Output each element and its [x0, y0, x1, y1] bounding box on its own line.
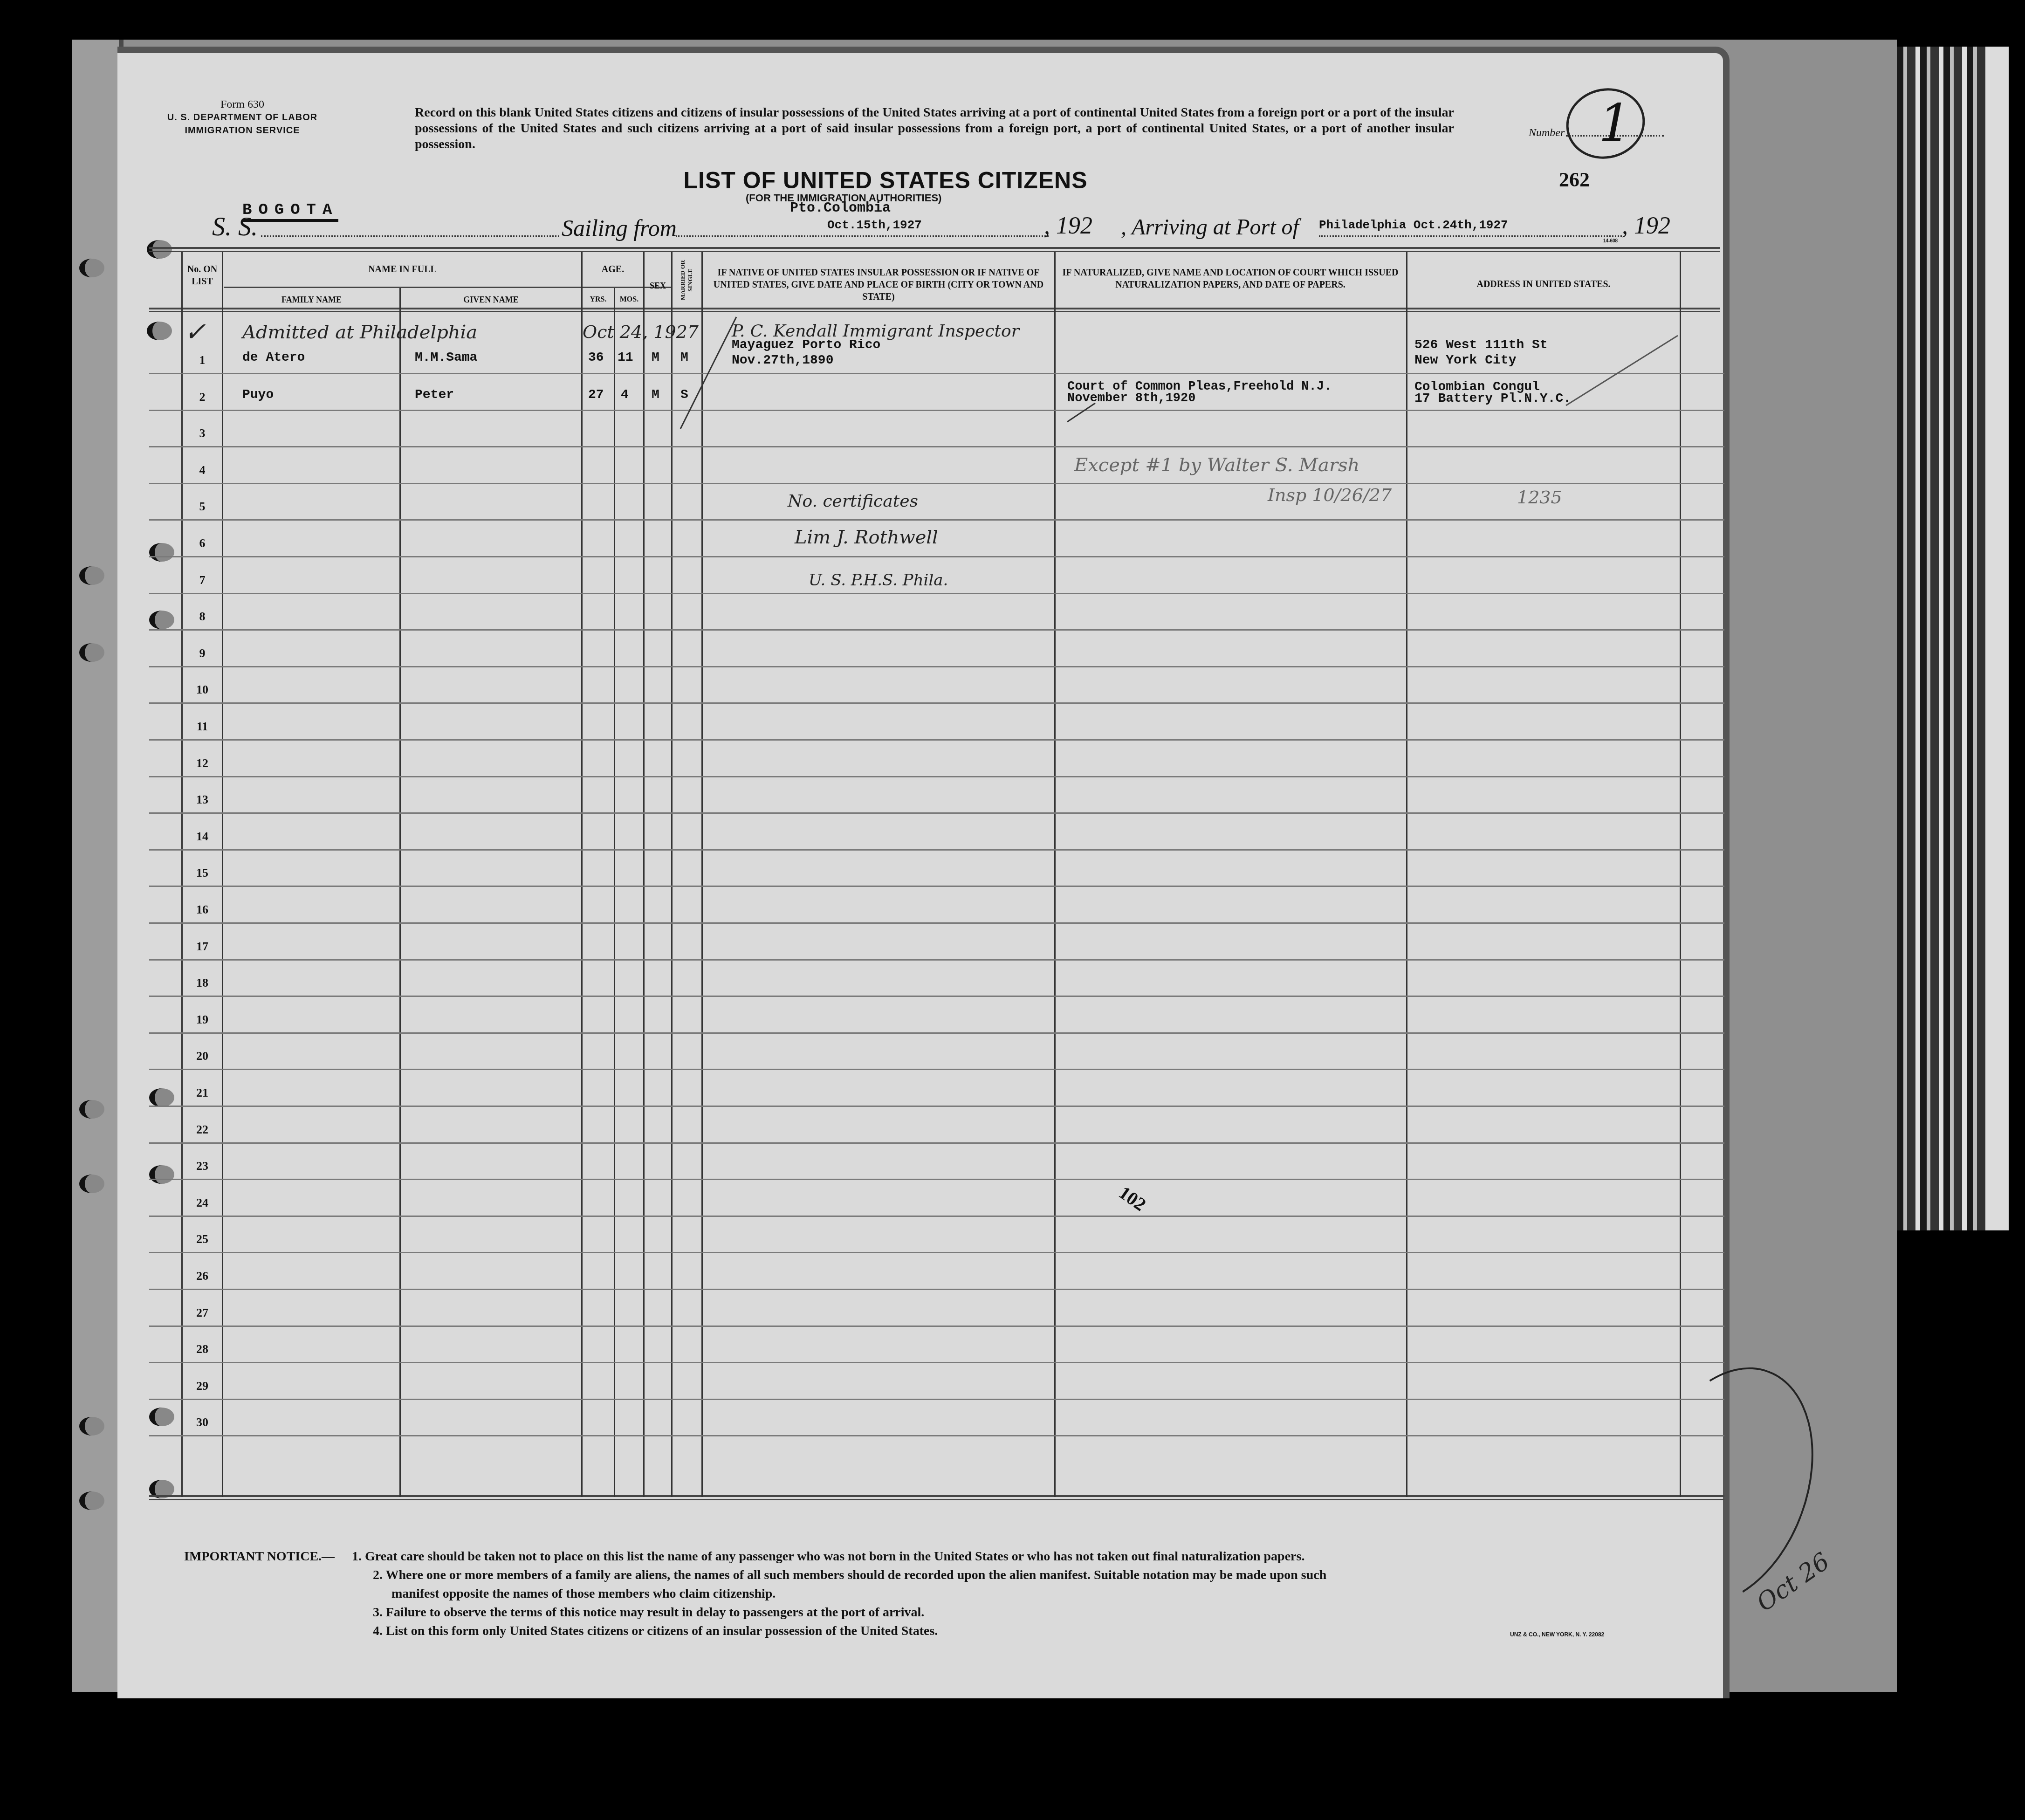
punch-hole-icon [147, 240, 172, 259]
row-number: 3 [181, 426, 223, 440]
row-rule [149, 1399, 1724, 1400]
punch-hole-icon [149, 1408, 174, 1426]
row-2-age-mos: 4 [621, 388, 629, 402]
number-value: 1 [1599, 93, 1631, 153]
punch-hole-icon [79, 1100, 104, 1119]
notice-label: IMPORTANT NOTICE.— [184, 1547, 352, 1566]
row-number: 6 [181, 536, 223, 550]
row-number: 27 [181, 1306, 223, 1320]
row-rule [149, 776, 1724, 777]
exemption-note: Except #1 by Walter S. Marsh [1074, 454, 1359, 476]
sailing-port: Pto.Colombia [790, 200, 891, 216]
service-name: IMMIGRATION SERVICE [158, 124, 326, 137]
punch-hole-icon [149, 1088, 174, 1107]
table-bottom-rule [149, 1499, 1724, 1500]
row-number: 20 [181, 1049, 223, 1063]
header-given-name: GIVEN NAME [401, 294, 581, 306]
sailing-line [676, 235, 1049, 237]
row-rule [149, 1289, 1724, 1290]
row-number: 9 [181, 646, 223, 660]
header-birth: IF NATIVE OF UNITED STATES INSULAR POSSE… [706, 267, 1051, 303]
admission-note: Admitted at Philadelphia [242, 322, 477, 343]
row-rule [149, 739, 1724, 741]
binding-edge [1990, 47, 2009, 1230]
row-number: 7 [181, 573, 223, 587]
row-rule [149, 1106, 1724, 1107]
punch-hole-icon [79, 566, 104, 585]
row-rule [149, 519, 1724, 521]
arriving-label: , Arriving at Port of [1121, 214, 1299, 240]
table-top-rule [149, 247, 1720, 249]
row-number: 2 [181, 390, 223, 404]
row-number: 1 [181, 353, 223, 367]
arrival-line [1319, 235, 1622, 237]
row-number: 23 [181, 1159, 223, 1173]
row-rule [149, 1142, 1724, 1144]
punch-hole-icon [149, 1165, 174, 1184]
number-label: Number [1529, 127, 1565, 139]
row-1-age-yrs: 36 [588, 350, 604, 365]
punch-hole-icon [79, 259, 104, 277]
row-rule [149, 593, 1724, 594]
certificate-note: No. certificates [788, 492, 918, 511]
row-rule [149, 1216, 1724, 1217]
row-number: 15 [181, 866, 223, 880]
header-address: ADDRESS IN UNITED STATES. [1407, 278, 1680, 290]
row-rule [149, 959, 1724, 961]
form-identity: Form 630 U. S. DEPARTMENT OF LABOR IMMIG… [158, 98, 326, 137]
row-rule [149, 996, 1724, 997]
check-mark: ✓ [184, 317, 206, 347]
row-number: 13 [181, 793, 223, 807]
row-number: 11 [181, 720, 223, 734]
page-title: LIST OF UNITED STATES CITIZENS [559, 167, 1212, 194]
row-1-family-name: de Atero [242, 350, 305, 365]
row-rule [149, 1252, 1724, 1253]
row-number: 14 [181, 830, 223, 844]
form-instructions: Record on this blank United States citiz… [415, 105, 1454, 152]
header-sex: SEX [645, 280, 671, 292]
page-number: 262 [1559, 168, 1590, 192]
header-age: AGE. [583, 263, 643, 275]
punch-hole-icon [149, 611, 174, 629]
row-rule [149, 1362, 1724, 1363]
punch-hole-icon [147, 322, 172, 340]
row-rule [149, 702, 1724, 704]
binding-strip [1897, 47, 1990, 1230]
sailing-label: Sailing from [562, 214, 677, 241]
table-top-rule [149, 251, 1720, 252]
row-rule [149, 922, 1724, 924]
column-divider [399, 288, 401, 1497]
name-age-subheader-rule [224, 287, 671, 288]
form-code: 14-608 [1603, 239, 1618, 244]
header-married-single: MARRIED OR SINGLE [679, 254, 694, 307]
column-divider [614, 288, 615, 1497]
row-1-given-name: M.M.Sama [415, 350, 477, 365]
left-margin-strip [72, 40, 124, 1692]
row-number: 17 [181, 940, 223, 954]
row-number: 16 [181, 903, 223, 917]
row-number: 10 [181, 683, 223, 697]
column-divider [643, 252, 645, 1497]
ship-name: BOGOTA [242, 201, 338, 222]
form-number: Form 630 [158, 98, 326, 111]
notice-item-2-cont: manifest opposite the names of those mem… [184, 1585, 1675, 1603]
table-bottom-rule [149, 1495, 1724, 1497]
row-2-age-yrs: 27 [588, 388, 604, 402]
printer-imprint: UNZ & CO., NEW YORK, N. Y. 22082 [1510, 1631, 1604, 1638]
row-number: 5 [181, 500, 223, 514]
row-number: 18 [181, 976, 223, 990]
certificate-office: U. S. P.H.S. Phila. [809, 571, 948, 590]
row-rule [149, 1435, 1724, 1436]
header-mos: MOS. [615, 294, 643, 306]
punch-hole-icon [149, 543, 174, 562]
header-yrs: YRS. [583, 294, 614, 306]
header-family-name: FAMILY NAME [224, 294, 399, 306]
row-number: 8 [181, 610, 223, 624]
row-number: 22 [181, 1123, 223, 1137]
notice-item-4: 4. List on this form only United States … [184, 1622, 1675, 1641]
punch-hole-icon [79, 1174, 104, 1193]
row-number: 30 [181, 1415, 223, 1429]
row-rule [149, 1069, 1724, 1070]
year-prefix: , 192 [1044, 212, 1092, 240]
row-rule [149, 556, 1724, 557]
row-2-given-name: Peter [415, 388, 454, 402]
important-notice: IMPORTANT NOTICE.—1. Great care should b… [184, 1547, 1675, 1641]
certificate-signature: Lim J. Rothwell [795, 527, 938, 548]
header-naturalized: IF NATURALIZED, GIVE NAME AND LOCATION O… [1058, 267, 1403, 291]
exemption-code: 1235 [1517, 487, 1562, 508]
row-1-age-mos: 11 [618, 350, 633, 365]
punch-hole-icon [79, 1417, 104, 1435]
row-rule [149, 666, 1724, 667]
row-rule [149, 849, 1724, 851]
year-prefix: , 192 [1622, 212, 1670, 240]
notice-item-1: 1. Great care should be taken not to pla… [352, 1549, 1304, 1564]
row-number: 25 [181, 1232, 223, 1246]
header-name-in-full: NAME IN FULL [224, 263, 581, 275]
row-rule [149, 1032, 1724, 1034]
ship-name-line [261, 235, 559, 237]
row-rule [149, 629, 1724, 631]
sailing-date: Oct.15th,1927 [827, 218, 922, 232]
row-number: 26 [181, 1269, 223, 1283]
row-rule [149, 1326, 1724, 1327]
exemption-inspector-date: Insp 10/26/27 [1268, 485, 1392, 505]
row-rule [149, 812, 1724, 814]
pencil-slash-marks [652, 308, 1724, 447]
notice-item-3: 3. Failure to observe the terms of this … [184, 1603, 1675, 1622]
row-2-family-name: Puyo [242, 388, 274, 402]
row-number: 21 [181, 1086, 223, 1100]
notice-item-2: 2. Where one or more members of a family… [184, 1566, 1675, 1585]
row-number: 12 [181, 756, 223, 770]
row-rule [149, 483, 1724, 484]
row-rule [149, 1179, 1724, 1180]
row-number: 24 [181, 1196, 223, 1210]
header-no-on-list: No. ON LIST [183, 263, 222, 288]
row-number: 19 [181, 1013, 223, 1027]
punch-hole-icon [79, 643, 104, 662]
punch-hole-icon [79, 1491, 104, 1510]
row-number: 28 [181, 1342, 223, 1356]
arrival-port-date: Philadelphia Oct.24th,1927 [1319, 218, 1508, 232]
row-number: 4 [181, 463, 223, 477]
department-name: U. S. DEPARTMENT OF LABOR [158, 111, 326, 124]
column-divider [581, 252, 583, 1497]
row-number: 29 [181, 1379, 223, 1393]
row-rule [149, 886, 1724, 887]
